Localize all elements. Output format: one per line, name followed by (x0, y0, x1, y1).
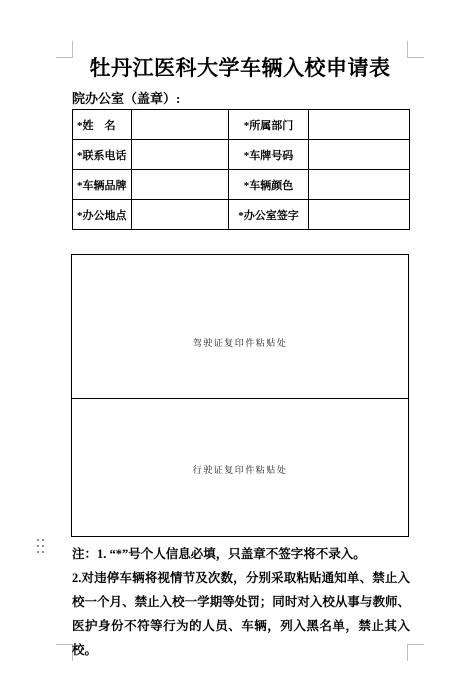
vehicle-brand-value-cell[interactable] (132, 170, 229, 200)
footnotes: 注：1. “*”号个人信息必填，只盖章不签字将不录入。 2.对违停车辆将视情节及… (72, 542, 410, 662)
applicant-info-table: *姓 名 *所属部门 *联系电话 *车牌号码 *车辆品牌 *车辆颜色 *办公地点 (72, 109, 410, 230)
table-row: *办公地点 *办公室签字 (73, 200, 410, 230)
plate-number-label-cell: *车牌号码 (229, 140, 309, 170)
document-page: 牡丹江医科大学车辆入校申请表 院办公室（盖章）: *姓 名 *所属部门 *联系电… (0, 0, 476, 673)
note-line-1: 注：1. “*”号个人信息必填，只盖章不签字将不录入。 (72, 542, 410, 566)
phone-label-cell: *联系电话 (73, 140, 132, 170)
page-title: 牡丹江医科大学车辆入校申请表 (60, 52, 420, 82)
vehicle-registration-paste-caption: 行驶证复印件粘贴处 (72, 463, 408, 476)
department-label-cell: *所属部门 (229, 110, 309, 140)
drivers-license-paste-caption: 驾驶证复印件粘贴处 (72, 336, 408, 349)
office-location-value-cell[interactable] (132, 200, 229, 230)
office-location-label-cell: *办公地点 (73, 200, 132, 230)
office-signature-label-cell: *办公室签字 (229, 200, 309, 230)
vehicle-registration-paste-box[interactable]: 行驶证复印件粘贴处 (71, 398, 409, 537)
table-row: *联系电话 *车牌号码 (73, 140, 410, 170)
vehicle-brand-label-cell: *车辆品牌 (73, 170, 132, 200)
drivers-license-paste-box[interactable]: 驾驶证复印件粘贴处 (71, 254, 409, 400)
table-row: *姓 名 *所属部门 (73, 110, 410, 140)
office-signature-value-cell[interactable] (309, 200, 410, 230)
department-value-cell[interactable] (309, 110, 410, 140)
table-row: *车辆品牌 *车辆颜色 (73, 170, 410, 200)
dots-handle-icon (37, 539, 47, 557)
phone-value-cell[interactable] (132, 140, 229, 170)
name-label-cell: *姓 名 (73, 110, 132, 140)
plate-number-value-cell[interactable] (309, 140, 410, 170)
office-seal-label: 院办公室（盖章）: (72, 88, 180, 107)
name-value-cell[interactable] (132, 110, 229, 140)
vehicle-color-value-cell[interactable] (309, 170, 410, 200)
crop-mark-bottom-left-icon (56, 644, 73, 661)
vehicle-color-label-cell: *车辆颜色 (229, 170, 309, 200)
note-line-2: 2.对违停车辆将视情节及次数，分别采取粘贴通知单、禁止入校一个月、禁止入校一学期… (72, 566, 410, 662)
